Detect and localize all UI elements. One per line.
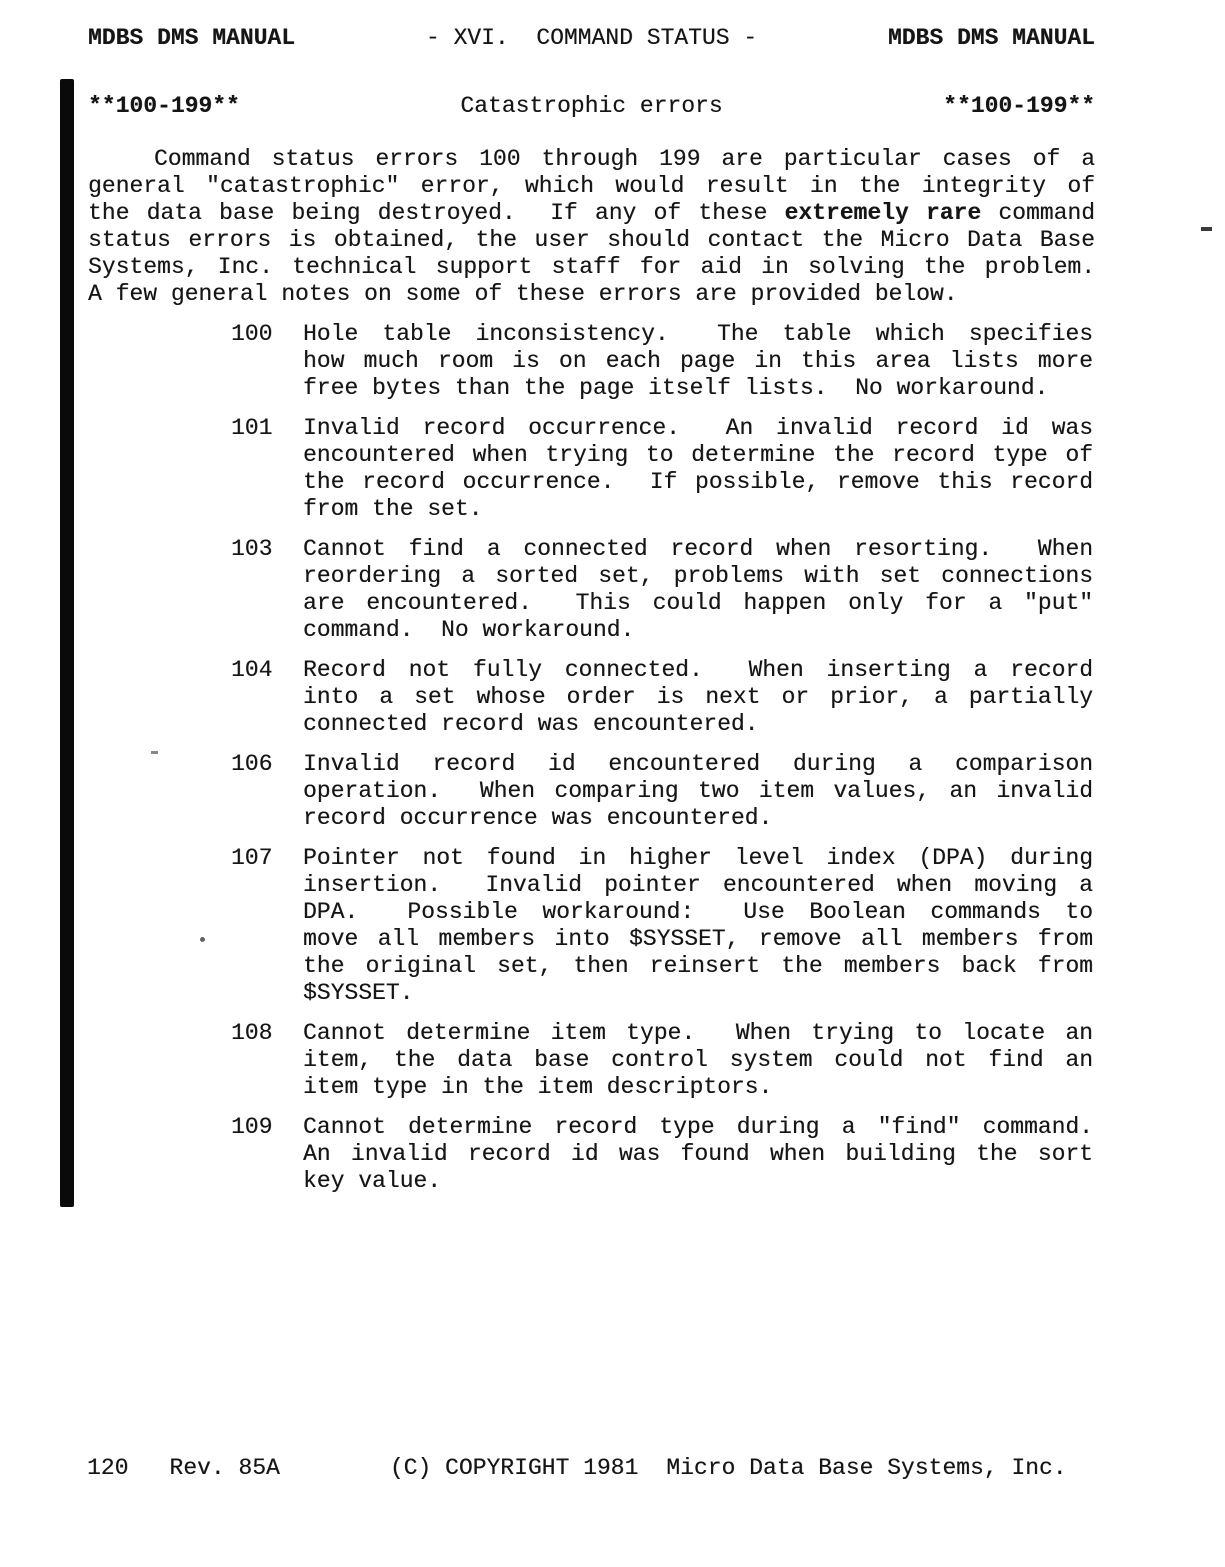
- text-line: Record not fully connected. When inserti…: [303, 657, 1093, 684]
- text-line: are encountered. This could happen only …: [303, 590, 1093, 617]
- error-description: Invalid record id encountered during a c…: [303, 751, 1093, 832]
- text-line: the original set, then reinsert the memb…: [303, 953, 1093, 980]
- text-segment: insertion. Invalid pointer encountered w…: [303, 872, 1093, 898]
- text-line: An invalid record id was found when buil…: [303, 1141, 1093, 1168]
- text-line: move all members into $SYSSET, remove al…: [303, 926, 1093, 953]
- error-code: 109: [88, 1114, 303, 1195]
- text-line: Invalid record occurrence. An invalid re…: [303, 415, 1093, 442]
- error-code: 104: [88, 657, 303, 738]
- error-entry: 109Cannot determine record type during a…: [88, 1114, 1095, 1195]
- error-code: 108: [88, 1020, 303, 1101]
- text-segment: reordering a sorted set, problems with s…: [303, 563, 1093, 589]
- text-segment: Record not fully connected. When inserti…: [303, 657, 1093, 683]
- error-entry: 101Invalid record occurrence. An invalid…: [88, 415, 1095, 523]
- text-segment: from the set.: [303, 496, 482, 522]
- text-segment: the data base being destroyed. If any of…: [88, 200, 785, 226]
- page-number: 120: [87, 1455, 128, 1482]
- text-line: Cannot find a connected record when reso…: [303, 536, 1093, 563]
- text-segment: Cannot find a connected record when reso…: [303, 536, 1093, 562]
- text-segment: Invalid record id encountered during a c…: [303, 751, 1093, 777]
- text-line: free bytes than the page itself lists. N…: [303, 375, 1093, 402]
- copyright-notice: (C) COPYRIGHT 1981: [390, 1455, 638, 1482]
- text-line: Hole table inconsistency. The table whic…: [303, 321, 1093, 348]
- scan-artifact: [1201, 227, 1212, 231]
- text-segment: are encountered. This could happen only …: [303, 590, 1093, 616]
- error-code: 103: [88, 536, 303, 644]
- text-line: command. No workaround.: [303, 617, 1093, 644]
- text-line: Invalid record id encountered during a c…: [303, 751, 1093, 778]
- text-line: how much room is on each page in this ar…: [303, 348, 1093, 375]
- text-segment: Invalid record occurrence. An invalid re…: [303, 415, 1093, 441]
- error-list: 100Hole table inconsistency. The table w…: [88, 321, 1095, 1195]
- text-segment: connected record was encountered.: [303, 711, 758, 737]
- header-chapter-title: - XVI. COMMAND STATUS -: [426, 25, 757, 52]
- text-segment: Systems, Inc. technical support staff fo…: [88, 254, 1095, 280]
- text-segment: item type in the item descriptors.: [303, 1074, 772, 1100]
- text-segment: An invalid record id was found when buil…: [303, 1141, 1093, 1167]
- text-segment: free bytes than the page itself lists. N…: [303, 375, 1048, 401]
- error-entry: 108Cannot determine item type. When tryi…: [88, 1020, 1095, 1101]
- text-segment: general "catastrophic" error, which woul…: [88, 173, 1095, 199]
- text-line: Cannot determine record type during a "f…: [303, 1114, 1093, 1141]
- text-segment: Pointer not found in higher level index …: [303, 845, 1093, 871]
- text-segment: DPA. Possible workaround: Use Boolean co…: [303, 899, 1093, 925]
- error-description: Hole table inconsistency. The table whic…: [303, 321, 1093, 402]
- error-code: 100: [88, 321, 303, 402]
- error-code: 106: [88, 751, 303, 832]
- page-content: MDBS DMS MANUAL - XVI. COMMAND STATUS - …: [88, 25, 1095, 1195]
- text-line: the data base being destroyed. If any of…: [88, 200, 1095, 227]
- text-segment: Hole table inconsistency. The table whic…: [303, 321, 1093, 347]
- text-segment: encountered when trying to determine the…: [303, 442, 1093, 468]
- text-line: from the set.: [303, 496, 1093, 523]
- error-description: Record not fully connected. When inserti…: [303, 657, 1093, 738]
- revision-label: Rev. 85A: [169, 1455, 279, 1482]
- running-header: MDBS DMS MANUAL - XVI. COMMAND STATUS - …: [88, 25, 1095, 52]
- section-code-right: **100-199**: [723, 93, 1095, 120]
- text-segment: move all members into $SYSSET, remove al…: [303, 926, 1093, 952]
- text-segment: command. No workaround.: [303, 617, 634, 643]
- error-entry: 107Pointer not found in higher level ind…: [88, 845, 1095, 1007]
- text-segment: Cannot determine item type. When trying …: [303, 1020, 1093, 1046]
- header-left-title: MDBS DMS MANUAL: [88, 25, 426, 52]
- text-line: reordering a sorted set, problems with s…: [303, 563, 1093, 590]
- error-description: Invalid record occurrence. An invalid re…: [303, 415, 1093, 523]
- text-segment: A few general notes on some of these err…: [88, 281, 958, 307]
- section-title: Catastrophic errors: [460, 93, 722, 120]
- section-header: **100-199** Catastrophic errors **100-19…: [88, 93, 1095, 120]
- manual-page: MDBS DMS MANUAL - XVI. COMMAND STATUS - …: [0, 0, 1225, 1567]
- text-line: Cannot determine item type. When trying …: [303, 1020, 1093, 1047]
- error-entry: 100Hole table inconsistency. The table w…: [88, 321, 1095, 402]
- error-entry: 106Invalid record id encountered during …: [88, 751, 1095, 832]
- text-line: encountered when trying to determine the…: [303, 442, 1093, 469]
- company-name: Micro Data Base Systems, Inc.: [666, 1455, 1066, 1482]
- text-line: status errors is obtained, the user shou…: [88, 227, 1095, 254]
- text-line: record occurrence was encountered.: [303, 805, 1093, 832]
- error-code: 101: [88, 415, 303, 523]
- error-description: Cannot determine record type during a "f…: [303, 1114, 1093, 1195]
- text-line: item, the data base control system could…: [303, 1047, 1093, 1074]
- text-segment: command: [981, 200, 1095, 226]
- text-segment: operation. When comparing two item value…: [303, 778, 1093, 804]
- error-description: Pointer not found in higher level index …: [303, 845, 1093, 1007]
- text-segment: key value.: [303, 1168, 441, 1194]
- text-line: item type in the item descriptors.: [303, 1074, 1093, 1101]
- text-line: Pointer not found in higher level index …: [303, 845, 1093, 872]
- text-line: $SYSSET.: [303, 980, 1093, 1007]
- intro-paragraph: Command status errors 100 through 199 ar…: [88, 146, 1095, 308]
- text-segment: status errors is obtained, the user shou…: [88, 227, 1095, 253]
- text-line: key value.: [303, 1168, 1093, 1195]
- error-description: Cannot determine item type. When trying …: [303, 1020, 1093, 1101]
- text-line: Command status errors 100 through 199 ar…: [88, 146, 1095, 173]
- text-segment: the original set, then reinsert the memb…: [303, 953, 1093, 979]
- text-line: insertion. Invalid pointer encountered w…: [303, 872, 1093, 899]
- text-segment: item, the data base control system could…: [303, 1047, 1093, 1073]
- text-line: Systems, Inc. technical support staff fo…: [88, 254, 1095, 281]
- error-entry: 104Record not fully connected. When inse…: [88, 657, 1095, 738]
- text-segment: record occurrence was encountered.: [303, 805, 772, 831]
- error-code: 107: [88, 845, 303, 1007]
- header-right-title: MDBS DMS MANUAL: [757, 25, 1095, 52]
- text-line: connected record was encountered.: [303, 711, 1093, 738]
- error-entry: 103Cannot find a connected record when r…: [88, 536, 1095, 644]
- text-segment: the record occurrence. If possible, remo…: [303, 469, 1093, 495]
- text-segment: how much room is on each page in this ar…: [303, 348, 1093, 374]
- text-segment: $SYSSET.: [303, 980, 413, 1006]
- text-line: into a set whose order is next or prior,…: [303, 684, 1093, 711]
- text-segment: into a set whose order is next or prior,…: [303, 684, 1093, 710]
- scan-binding-bar: [60, 79, 74, 1207]
- text-line: A few general notes on some of these err…: [88, 281, 1095, 308]
- error-description: Cannot find a connected record when reso…: [303, 536, 1093, 644]
- text-line: general "catastrophic" error, which woul…: [88, 173, 1095, 200]
- text-line: DPA. Possible workaround: Use Boolean co…: [303, 899, 1093, 926]
- emphasized-text: extremely rare: [785, 200, 982, 226]
- section-code-left: **100-199**: [88, 93, 460, 120]
- text-segment: Cannot determine record type during a "f…: [303, 1114, 1093, 1140]
- page-footer: 120 Rev. 85A (C) COPYRIGHT 1981 Micro Da…: [87, 1455, 1067, 1482]
- text-line: the record occurrence. If possible, remo…: [303, 469, 1093, 496]
- text-segment: Command status errors 100 through 199 ar…: [154, 146, 1095, 172]
- text-line: operation. When comparing two item value…: [303, 778, 1093, 805]
